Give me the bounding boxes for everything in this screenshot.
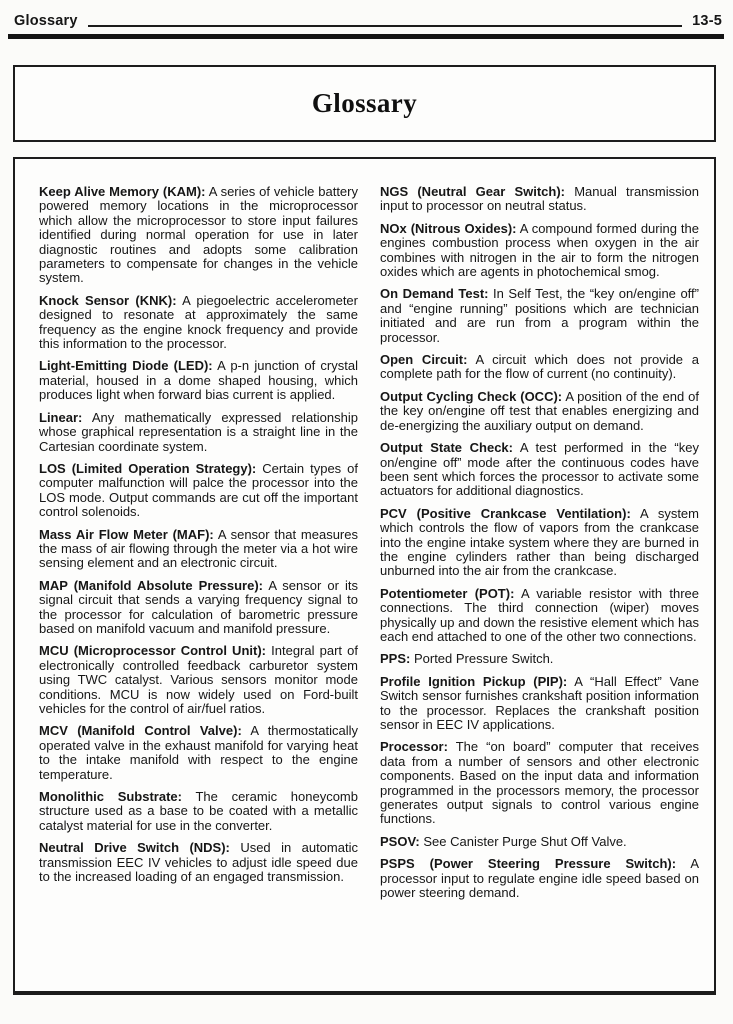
glossary-entry: NGS (Neutral Gear Switch): Manual transm… [380, 185, 699, 214]
glossary-entry: Monolithic Substrate: The ceramic honeyc… [39, 790, 358, 833]
running-header: Glossary 13-5 [0, 0, 733, 29]
glossary-entry: MCV (Manifold Control Valve): A thermost… [39, 724, 358, 782]
glossary-term: MCU (Microprocessor Control Unit): [39, 643, 266, 658]
glossary-entry: PPS: Ported Pressure Switch. [380, 652, 699, 666]
glossary-term: On Demand Test: [380, 286, 489, 301]
glossary-column-right: NGS (Neutral Gear Switch): Manual transm… [380, 185, 699, 983]
glossary-definition: See Canister Purge Shut Off Valve. [423, 834, 626, 849]
glossary-definition: Ported Pressure Switch. [414, 651, 553, 666]
glossary-term: MCV (Manifold Control Valve): [39, 723, 242, 738]
glossary-entry: Profile Ignition Pickup (PIP): A “Hall E… [380, 675, 699, 733]
glossary-term: Keep Alive Memory (KAM): [39, 184, 206, 199]
glossary-entry: PSOV: See Canister Purge Shut Off Valve. [380, 835, 699, 849]
glossary-term: Neutral Drive Switch (NDS): [39, 840, 230, 855]
glossary-entry: Keep Alive Memory (KAM): A series of veh… [39, 185, 358, 286]
header-thin-rule [88, 25, 683, 27]
glossary-entry: On Demand Test: In Self Test, the “key o… [380, 287, 699, 345]
page-title: Glossary [312, 88, 417, 119]
glossary-page: Glossary 13-5 Glossary Keep Alive Memory… [0, 0, 733, 1024]
glossary-term: Output Cycling Check (OCC): [380, 389, 562, 404]
glossary-term: Potentiometer (POT): [380, 586, 514, 601]
page-number: 13-5 [692, 13, 722, 29]
glossary-entry: Light-Emitting Diode (LED): A p-n juncti… [39, 359, 358, 402]
glossary-term: NGS (Neutral Gear Switch): [380, 184, 565, 199]
glossary-term: MAP (Manifold Absolute Pressure): [39, 578, 263, 593]
glossary-term: PPS: [380, 651, 410, 666]
glossary-term: LOS (Limited Operation Strategy): [39, 461, 256, 476]
header-thick-rule [8, 34, 724, 39]
glossary-term: PSPS (Power Steering Pressure Switch): [380, 856, 676, 871]
glossary-term: Processor: [380, 739, 448, 754]
glossary-term: Linear: [39, 410, 82, 425]
glossary-term: Monolithic Substrate: [39, 789, 182, 804]
glossary-entry: PSPS (Power Steering Pressure Switch): A… [380, 857, 699, 900]
glossary-term: Mass Air Flow Meter (MAF): [39, 527, 214, 542]
glossary-entry: Open Circuit: A circuit which does not p… [380, 353, 699, 382]
glossary-column-left: Keep Alive Memory (KAM): A series of veh… [39, 185, 358, 983]
glossary-term: PSOV: [380, 834, 420, 849]
glossary-entry: Neutral Drive Switch (NDS): Used in auto… [39, 841, 358, 884]
glossary-term: PCV (Positive Crankcase Ventilation): [380, 506, 631, 521]
glossary-term: Light-Emitting Diode (LED): [39, 358, 213, 373]
glossary-term: NOx (Nitrous Oxides): [380, 221, 517, 236]
glossary-definition: A series of vehicle battery powered memo… [39, 184, 358, 285]
running-header-title: Glossary [14, 13, 78, 29]
glossary-entry: Output Cycling Check (OCC): A position o… [380, 390, 699, 433]
glossary-content-box: Keep Alive Memory (KAM): A series of veh… [13, 157, 716, 995]
glossary-term: Profile Ignition Pickup (PIP): [380, 674, 567, 689]
glossary-term: Knock Sensor (KNK): [39, 293, 177, 308]
glossary-entry: Mass Air Flow Meter (MAF): A sensor that… [39, 528, 358, 571]
glossary-entry: PCV (Positive Crankcase Ventilation): A … [380, 507, 699, 579]
glossary-entry: LOS (Limited Operation Strategy): Certai… [39, 462, 358, 520]
glossary-entry: MCU (Microprocessor Control Unit): Integ… [39, 644, 358, 716]
glossary-entry: Knock Sensor (KNK): A piegoelectric acce… [39, 294, 358, 352]
glossary-entry: Linear: Any mathematically expressed rel… [39, 411, 358, 454]
glossary-term: Output State Check: [380, 440, 513, 455]
glossary-definition: Any mathematically expressed relationshi… [39, 410, 358, 454]
glossary-entry: Processor: The “on board” computer that … [380, 740, 699, 826]
glossary-entry: Potentiometer (POT): A variable resistor… [380, 587, 699, 645]
glossary-entry: MAP (Manifold Absolute Pressure): A sens… [39, 579, 358, 637]
glossary-title-box: Glossary [13, 65, 716, 142]
glossary-term: Open Circuit: [380, 352, 467, 367]
glossary-entry: NOx (Nitrous Oxides): A compound formed … [380, 222, 699, 280]
glossary-entry: Output State Check: A test performed in … [380, 441, 699, 499]
